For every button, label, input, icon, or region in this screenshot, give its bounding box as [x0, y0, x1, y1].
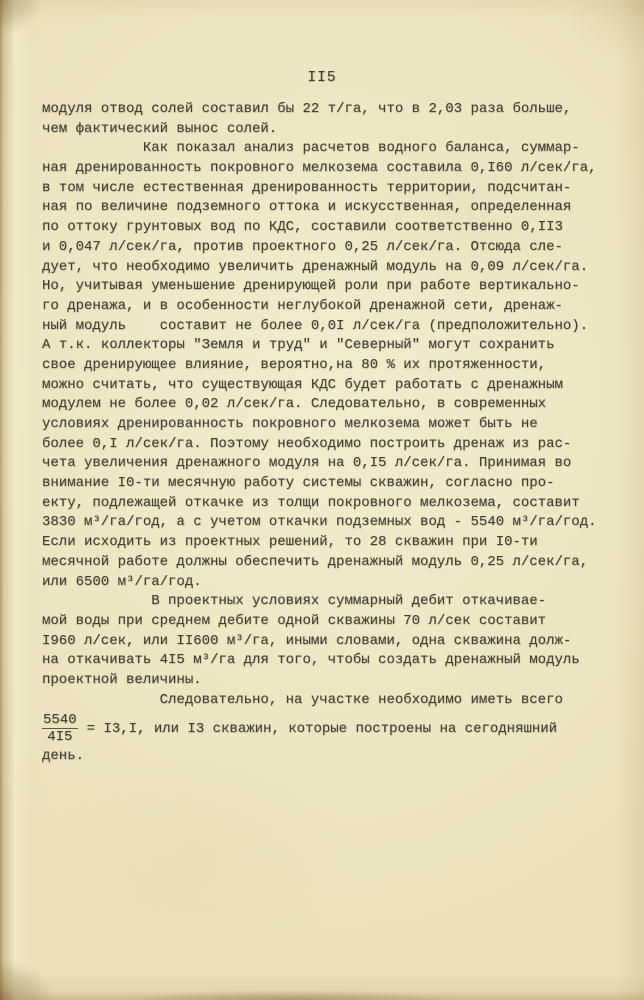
text-line: ная по величине подземного оттока и иску…: [42, 198, 622, 218]
formula-text: = I3,I, или I3 скважин, которые построен…: [87, 721, 557, 737]
text-line: Следовательно, на участке необходимо име…: [42, 691, 622, 711]
text-line: или 6500 м³/га/год.: [42, 573, 622, 593]
text-line: Как показал анализ расчетов водного бала…: [42, 139, 622, 159]
text-line: модулем не более 0,02 л/сек/га. Следоват…: [42, 395, 622, 415]
text-line: Если исходить из проектных решений, то 2…: [42, 533, 622, 553]
text-line: свое дренирующее влияние, вероятно,на 80…: [42, 356, 622, 376]
scanned-page: II5 модуля отвод солей составил бы 22 т/…: [0, 0, 644, 1000]
fraction-denominator: 4I5: [42, 729, 78, 746]
text-line: Но, учитывая уменьшение дренирующей роли…: [42, 277, 622, 297]
text-line: мой воды при среднем дебите одной скважи…: [42, 612, 622, 632]
fraction-numerator: 5540: [42, 712, 78, 730]
text-line: чета увеличения дренажного модуля на 0,I…: [42, 454, 622, 474]
text-line: в том числе естественная дренированность…: [42, 179, 622, 199]
text-line: проектной величины.: [42, 671, 622, 691]
fraction: 5540 4I5: [42, 712, 78, 746]
text-line: месячной работе должны обеспечить дренаж…: [42, 553, 622, 573]
text-line: внимание I0-ти месячную работу системы с…: [42, 474, 622, 494]
text-line: условиях дренированность покровного мелк…: [42, 415, 622, 435]
text-line: А т.к. коллекторы "Земля и труд" и "Севе…: [42, 336, 622, 356]
text-line: по оттоку грунтовых вод по КДС, составил…: [42, 218, 622, 238]
text-line: ный модуль составит не более 0,0I л/сек/…: [42, 317, 622, 337]
text-line: на откачивать 4I5 м³/га для того, чтобы …: [42, 651, 622, 671]
text-line: 3830 м³/га/год, а с учетом откачки подзе…: [42, 513, 622, 533]
text-line: модуля отвод солей составил бы 22 т/га, …: [42, 100, 622, 120]
formula-line: 5540 4I5 = I3,I, или I3 скважин, которые…: [42, 710, 622, 747]
text-line: более 0,I л/сек/га. Поэтому необходимо п…: [42, 435, 622, 455]
text-line: I960 л/сек, или II600 м³/га, иными слова…: [42, 632, 622, 652]
page-number: II5: [42, 70, 602, 86]
text-line: дует, что необходимо увеличить дренажный…: [42, 258, 622, 278]
text-line: В проектных условиях суммарный дебит отк…: [42, 592, 622, 612]
text-line: чем фактический вынос солей.: [42, 120, 622, 140]
text-line: ная дренированность покровного мелкозема…: [42, 159, 622, 179]
text-line: можно считать, что существующая КДС буде…: [42, 376, 622, 396]
document-text: модуля отвод солей составил бы 22 т/га, …: [42, 100, 622, 767]
text-line: го дренажа, и в особенности неглубокой д…: [42, 297, 622, 317]
text-line: екту, подлежащей откачке из толщи покров…: [42, 494, 622, 514]
text-line: день.: [42, 747, 622, 767]
text-line: и 0,047 л/сек/га, против проектного 0,25…: [42, 238, 622, 258]
